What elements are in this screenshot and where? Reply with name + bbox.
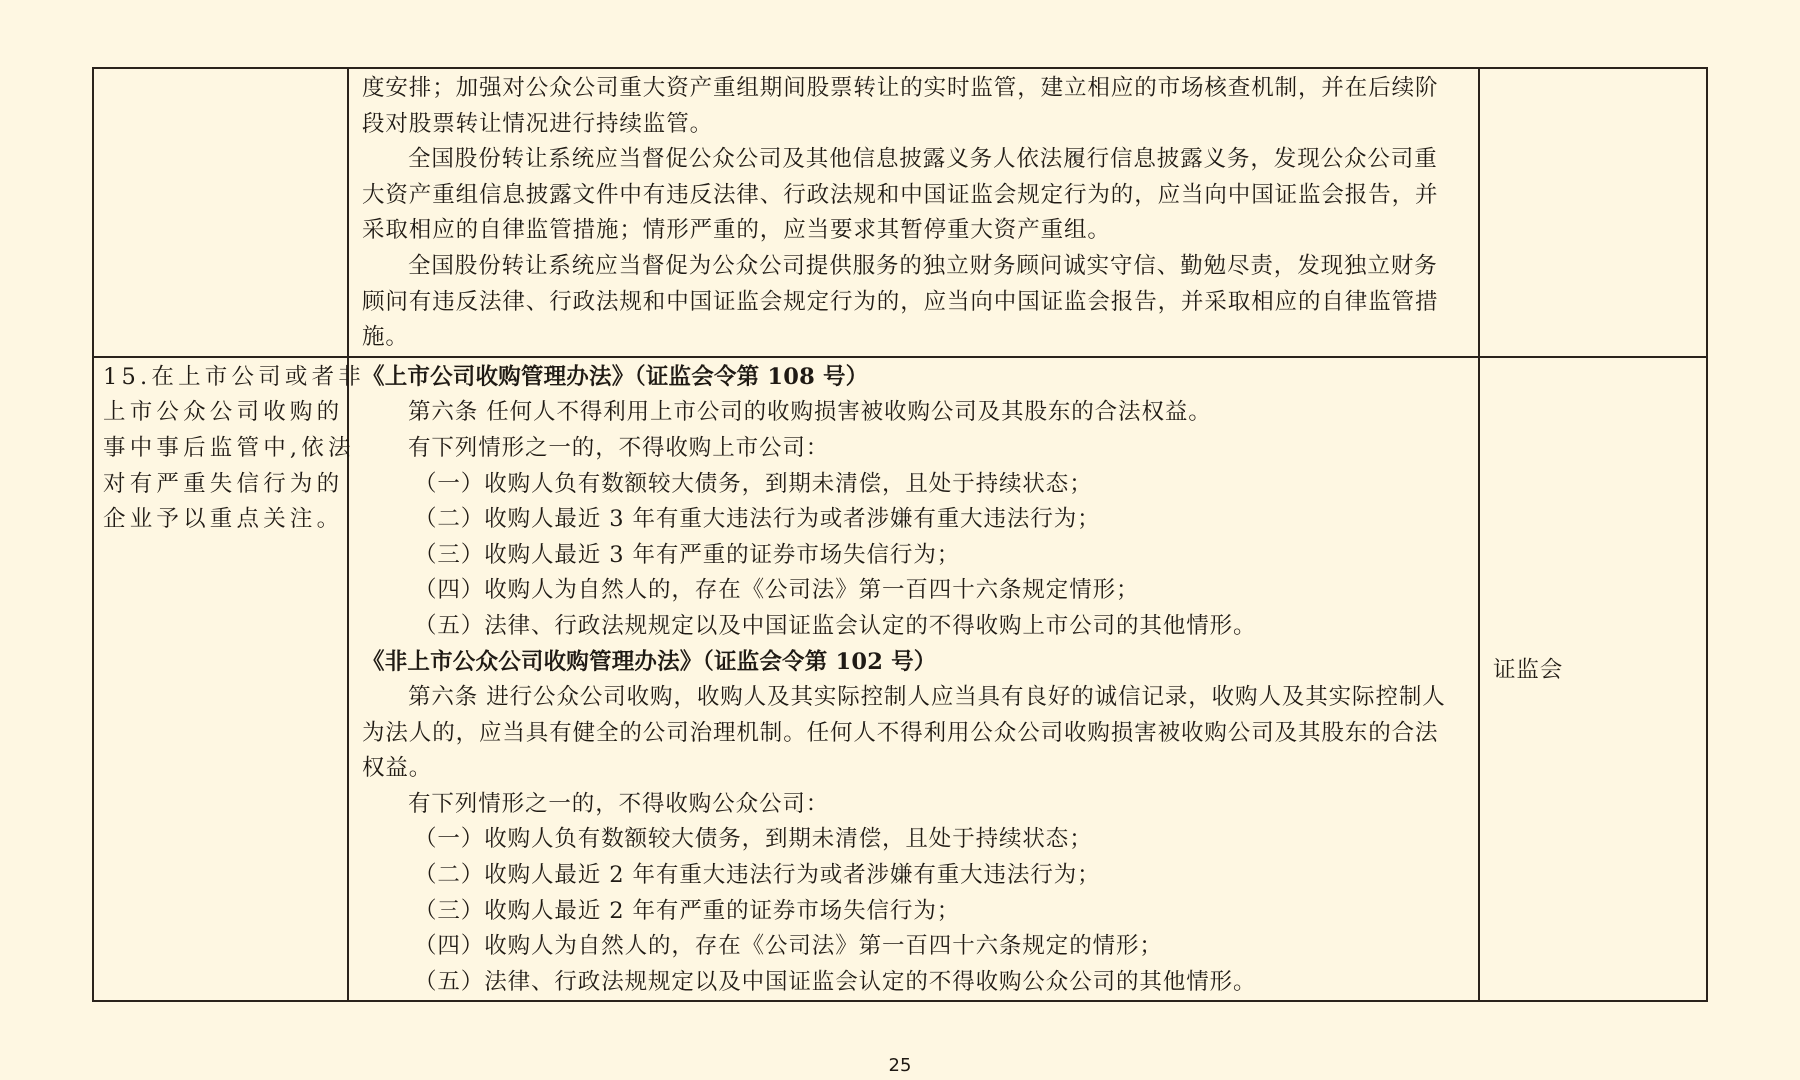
list-item: （五）法律、行政法规规定以及中国证监会认定的不得收购上市公司的其他情形。 xyxy=(362,609,1466,645)
content-cell: 度安排；加强对公众公司重大资产重组期间股票转让的实时监管，建立相应的市场核查机制… xyxy=(348,68,1479,357)
table-row: 15.在上市公司或者非 上市公众公司收购的 事中事后监管中,依法 对有严重失信行… xyxy=(93,357,1707,1002)
table-row: 度安排；加强对公众公司重大资产重组期间股票转让的实时监管，建立相应的市场核查机制… xyxy=(93,68,1707,357)
list-item: （一）收购人负有数额较大债务，到期未清偿，且处于持续状态； xyxy=(362,822,1466,858)
list-item: （五）法律、行政法规规定以及中国证监会认定的不得收购公众公司的其他情形。 xyxy=(362,965,1466,1001)
regulation-title: 《上市公司收购管理办法》（证监会令第 108 号） xyxy=(362,360,1466,396)
item-line: 上市公众公司收购的 xyxy=(103,395,337,431)
regulation-title: 《非上市公众公司收购管理办法》（证监会令第 102 号） xyxy=(362,645,1466,681)
content-line: 采取相应的自律监管措施；情形严重的，应当要求其暂停重大资产重组。 xyxy=(362,213,1466,249)
content-line: 施。 xyxy=(362,320,1466,356)
item-line: 对有严重失信行为的 xyxy=(103,467,337,503)
list-item: （三）收购人最近 2 年有严重的证券市场失信行为； xyxy=(362,894,1466,930)
content-line: 大资产重组信息披露文件中有违反法律、行政法规和中国证监会规定行为的，应当向中国证… xyxy=(362,178,1466,214)
list-item: （四）收购人为自然人的，存在《公司法》第一百四十六条规定的情形； xyxy=(362,929,1466,965)
list-item: （一）收购人负有数额较大债务，到期未清偿，且处于持续状态； xyxy=(362,467,1466,503)
item-cell xyxy=(93,68,348,357)
content-line: 权益。 xyxy=(362,751,1466,787)
content-line: 有下列情形之一的，不得收购上市公司： xyxy=(362,431,1466,467)
department-label: 证监会 xyxy=(1480,653,1706,689)
list-item: （二）收购人最近 2 年有重大违法行为或者涉嫌有重大违法行为； xyxy=(362,858,1466,894)
item-line: 企业予以重点关注。 xyxy=(103,502,337,538)
department-cell: 证监会 xyxy=(1479,357,1707,1002)
list-item: （三）收购人最近 3 年有严重的证券市场失信行为； xyxy=(362,538,1466,574)
department-cell xyxy=(1479,68,1707,357)
page-number: 25 xyxy=(0,1055,1800,1076)
content-line: 顾问有违反法律、行政法规和中国证监会规定行为的，应当向中国证监会报告，并采取相应… xyxy=(362,285,1466,321)
content-line: 全国股份转让系统应当督促公众公司及其他信息披露义务人依法履行信息披露义务，发现公… xyxy=(362,142,1466,178)
content-line: 段对股票转让情况进行持续监管。 xyxy=(362,107,1466,143)
list-item: （二）收购人最近 3 年有重大违法行为或者涉嫌有重大违法行为； xyxy=(362,502,1466,538)
item-cell: 15.在上市公司或者非 上市公众公司收购的 事中事后监管中,依法 对有严重失信行… xyxy=(93,357,348,1002)
content-line: 度安排；加强对公众公司重大资产重组期间股票转让的实时监管，建立相应的市场核查机制… xyxy=(362,71,1466,107)
content-line: 为法人的，应当具有健全的公司治理机制。任何人不得利用公众公司收购损害被收购公司及… xyxy=(362,716,1466,752)
item-line: 事中事后监管中,依法 xyxy=(103,431,337,467)
content-cell: 《上市公司收购管理办法》（证监会令第 108 号） 第六条 任何人不得利用上市公… xyxy=(348,357,1479,1002)
item-line: 15.在上市公司或者非 xyxy=(103,360,337,396)
content-line: 全国股份转让系统应当督促为公众公司提供服务的独立财务顾问诚实守信、勤勉尽责，发现… xyxy=(362,249,1466,285)
regulation-table: 度安排；加强对公众公司重大资产重组期间股票转让的实时监管，建立相应的市场核查机制… xyxy=(92,67,1708,1002)
content-line: 有下列情形之一的，不得收购公众公司： xyxy=(362,787,1466,823)
document-page: 度安排；加强对公众公司重大资产重组期间股票转让的实时监管，建立相应的市场核查机制… xyxy=(0,0,1800,1080)
article-line: 第六条 进行公众公司收购，收购人及其实际控制人应当具有良好的诚信记录，收购人及其… xyxy=(362,680,1466,716)
list-item: （四）收购人为自然人的，存在《公司法》第一百四十六条规定情形； xyxy=(362,573,1466,609)
article-line: 第六条 任何人不得利用上市公司的收购损害被收购公司及其股东的合法权益。 xyxy=(362,395,1466,431)
